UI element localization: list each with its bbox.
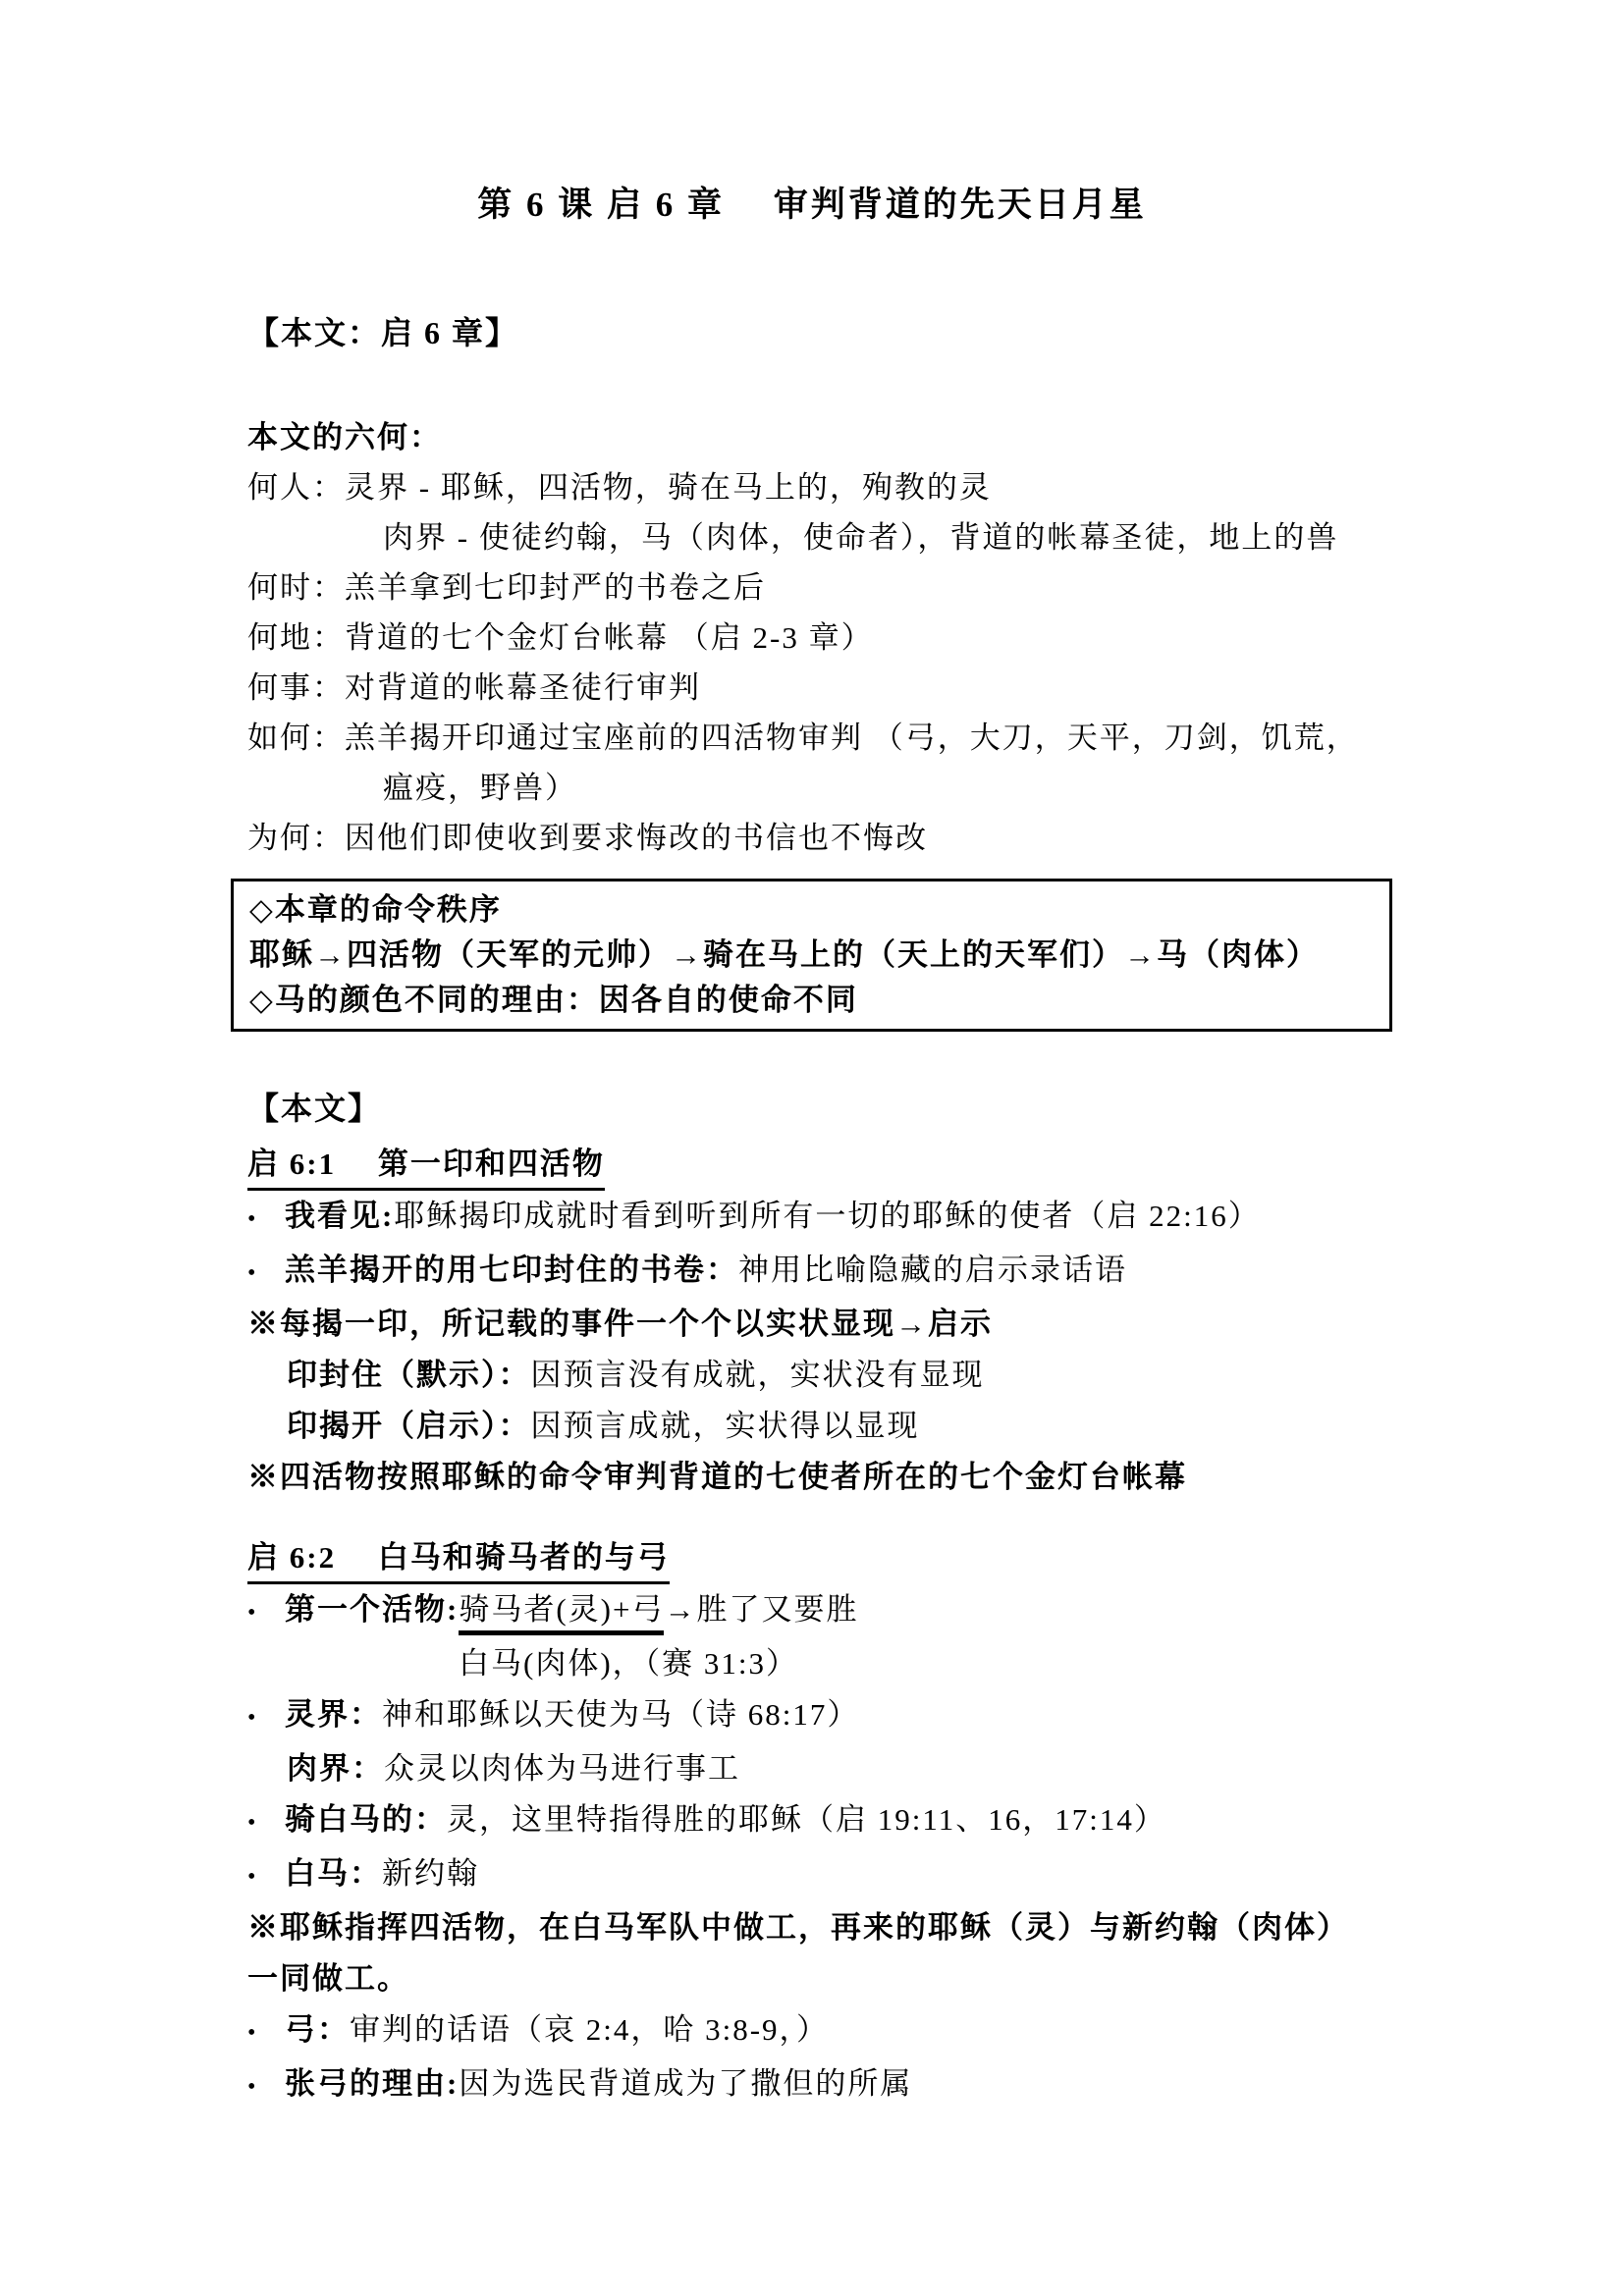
text-line: ◇马的颜色不同的理由：因各自的使命不同 [249,978,1380,1023]
text-line: 耶稣→四活物（天军的元帅）→骑在马上的（天上的天军们）→马（肉体） [249,933,1380,978]
text-line: 为何：因他们即使收到要求悔改的书信也不悔改 [247,813,1624,863]
bold-text: ※每揭一印，所记载的事件一个个以实状显现→启示 [247,1307,993,1341]
text-line: ※耶稣指挥四活物，在白马军队中做工，再来的耶稣（灵）与新约翰（肉体） [247,1902,1624,1953]
regular-text: 肉界 - 使徒约翰，马（肉体，使命者），背道的帐幕圣徒，地上的兽 [383,520,1338,555]
text-line: 瘟疫，野兽） [247,763,1624,813]
text-line: •我看见:耶稣揭印成就时看到听到所有一切的耶稣的使者（启 22:16） [247,1191,1624,1245]
text-line: 印揭开（启示）：因预言成就，实状得以显现 [247,1401,1624,1452]
six-questions-block: 本文的六何：何人：灵界 - 耶稣，四活物，骑在马上的，殉教的灵肉界 - 使徒约翰… [247,412,1624,863]
text-line: •骑白马的：灵，这里特指得胜的耶稣（启 19:11、16，17:14） [247,1794,1624,1848]
text-line: 本文的六何： [247,412,1624,462]
bold-text: ※四活物按照耶稣的命令审判背道的七使者所在的七个金灯台帐幕 [247,1460,1187,1494]
bold-text: 灵界： [285,1697,382,1732]
regular-text: 新约翰 [382,1856,479,1891]
text-line: 何人：灵界 - 耶稣，四活物，骑在马上的，殉教的灵 [247,462,1624,512]
bold-text: 肉界： [287,1751,384,1786]
text-line: •白马：新约翰 [247,1848,1624,1902]
bullet-icon: • [247,1851,285,1902]
bold-text: ◇本章的命令秩序 [249,892,502,927]
bold-text: 耶稣→四活物（天军的元帅）→骑在马上的（天上的天军们）→马（肉体） [249,937,1319,972]
section-heading-row: 启 6:2 白马和骑马者的与弓 [247,1532,1624,1584]
bold-text: ※耶稣指挥四活物，在白马军队中做工，再来的耶稣（灵）与新约翰（肉体） [247,1910,1349,1945]
regular-text: →胜了又要胜 [664,1592,858,1627]
bold-text: 印揭开（启示）： [287,1409,531,1443]
regular-text: 审判的话语（哀 2:4，哈 3:8-9，） [350,2012,829,2047]
bold-text: 白马： [285,1856,382,1891]
text-line: 一同做工。 [247,1953,1624,2004]
document-title: 第 6 课 启 6 章 审判背道的先天日月星 [0,0,1624,228]
document-page: 第 6 课 启 6 章 审判背道的先天日月星 【本文：启 6 章】 本文的六何：… [0,0,1624,2296]
command-order-box: ◇本章的命令秩序耶稣→四活物（天军的元帅）→骑在马上的（天上的天军们）→马（肉体… [231,879,1392,1032]
bold-text: 羔羊揭开的用七印封住的书卷： [285,1253,738,1287]
text-line: 白马(肉体)，（赛 31:3） [247,1638,1624,1689]
regular-text: 何人：灵界 - 耶稣，四活物，骑在马上的，殉教的灵 [247,470,992,505]
regular-text: 白马(肉体)，（赛 31:3） [459,1646,798,1681]
bold-text: 本文的六何： [247,420,442,454]
text-line: ※四活物按照耶稣的命令审判背道的七使者所在的七个金灯台帐幕 [247,1452,1624,1503]
text-line: 肉界 - 使徒约翰，马（肉体，使命者），背道的帐幕圣徒，地上的兽 [247,512,1624,562]
subject-line: 【本文：启 6 章】 [247,310,1624,355]
body-text-label: 【本文】 [247,1086,1624,1131]
section-6-2-heading: 启 6:2 白马和骑马者的与弓 [247,1538,670,1584]
bold-text: 弓： [285,2012,350,2047]
bold-text: 我看见: [285,1199,394,1233]
section-heading-row: 启 6:1 第一印和四活物 [247,1139,1624,1191]
regular-text: 众灵以肉体为马进行事工 [384,1751,740,1786]
regular-text: 因预言成就，实状得以显现 [531,1409,920,1443]
text-line: ※每揭一印，所记载的事件一个个以实状显现→启示 [247,1299,1624,1350]
text-line: 如何：羔羊揭开印通过宝座前的四活物审判 （弓，大刀，天平，刀剑，饥荒， [247,713,1624,763]
text-line: •灵界：神和耶稣以天使为马（诗 68:17） [247,1689,1624,1743]
bullet-icon: • [247,1248,285,1299]
bullet-icon: • [247,1194,285,1245]
regular-text: 何事：对背道的帐幕圣徒行审判 [247,670,701,705]
bullet-icon: • [247,1692,285,1743]
bullet-icon: • [247,2061,285,2112]
section-6-1-heading: 启 6:1 第一印和四活物 [247,1145,605,1191]
section-6-1-lines: •我看见:耶稣揭印成就时看到听到所有一切的耶稣的使者（启 22:16）•羔羊揭开… [247,1191,1624,1503]
regular-text: 为何：因他们即使收到要求悔改的书信也不悔改 [247,821,928,855]
regular-text: 耶稣揭印成就时看到听到所有一切的耶稣的使者（启 22:16） [394,1199,1260,1233]
text-line: 何事：对背道的帐幕圣徒行审判 [247,663,1624,713]
text-line: 何时：羔羊拿到七印封严的书卷之后 [247,562,1624,613]
text-line: 印封住（默示）：因预言没有成就，实状没有显现 [247,1350,1624,1401]
section-rev-6-1: 启 6:1 第一印和四活物 •我看见:耶稣揭印成就时看到听到所有一切的耶稣的使者… [247,1139,1624,1503]
bold-text: ◇马的颜色不同的理由：因各自的使命不同 [249,983,858,1017]
regular-text: 神和耶稣以天使为马（诗 68:17） [382,1697,859,1732]
text-line: •羔羊揭开的用七印封住的书卷：神用比喻隐藏的启示录话语 [247,1245,1624,1299]
section-rev-6-2: 启 6:2 白马和骑马者的与弓 •第一个活物:骑马者(灵)+弓→胜了又要胜白马(… [247,1532,1624,2112]
underlined-text: 骑马者(灵)+弓 [459,1592,664,1635]
bold-text: 印封住（默示）： [287,1358,531,1392]
regular-text: 因预言没有成就，实状没有显现 [531,1358,985,1392]
bullet-icon: • [247,2007,285,2058]
bullet-icon: • [247,1587,285,1638]
regular-text: 神用比喻隐藏的启示录话语 [738,1253,1127,1287]
regular-text: 何时：羔羊拿到七印封严的书卷之后 [247,570,766,605]
regular-text: 瘟疫，野兽） [383,771,577,805]
text-line: 肉界：众灵以肉体为马进行事工 [247,1743,1624,1794]
bold-text: 第一个活物: [285,1592,459,1627]
regular-text: 何地：背道的七个金灯台帐幕 （启 2-3 章） [247,620,874,655]
section-6-2-lines: •第一个活物:骑马者(灵)+弓→胜了又要胜白马(肉体)，（赛 31:3）•灵界：… [247,1584,1624,2112]
text-line: ◇本章的命令秩序 [249,887,1380,933]
text-line: •第一个活物:骑马者(灵)+弓→胜了又要胜 [247,1584,1624,1638]
bold-text: 一同做工。 [247,1961,409,1996]
regular-text: 因为选民背道成为了撒但的所属 [459,2066,912,2101]
regular-text: 如何：羔羊揭开印通过宝座前的四活物审判 （弓，大刀，天平，刀剑，饥荒， [247,721,1359,755]
text-line: •张弓的理由:因为选民背道成为了撒但的所属 [247,2058,1624,2112]
bold-text: 张弓的理由: [285,2066,459,2101]
text-line: 何地：背道的七个金灯台帐幕 （启 2-3 章） [247,613,1624,663]
bold-text: 骑白马的： [285,1802,447,1837]
regular-text: 灵，这里特指得胜的耶稣（启 19:11、16，17:14） [447,1802,1166,1837]
bullet-icon: • [247,1797,285,1848]
text-line: •弓：审判的话语（哀 2:4，哈 3:8-9，） [247,2004,1624,2058]
